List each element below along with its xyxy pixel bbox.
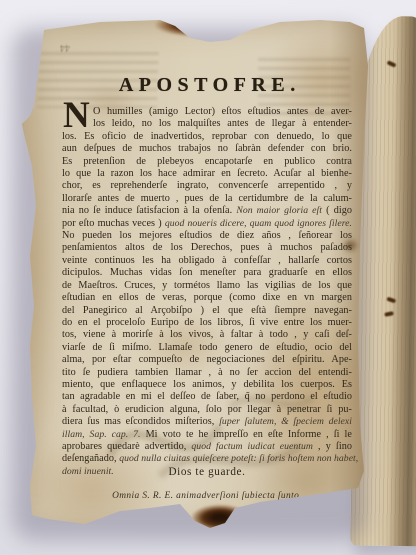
- photo-of-antique-book-page: 44 APOSTOFRE. N O humilles (amigo Lector…: [0, 0, 416, 555]
- drop-cap: N: [63, 101, 90, 131]
- body-line: nia no ſe induce ſatisfacion à la ofenſa…: [62, 205, 352, 217]
- body-line: chor, es reprehenderſe ingrato, convence…: [62, 180, 352, 192]
- body-line: lo que la razon los hace admirar en ſecr…: [62, 168, 352, 180]
- body-line: de Maeſtros. Cruces, y tormétos llamo la…: [62, 280, 352, 292]
- body-line: miento, que enflaquece los animos, y deb…: [62, 379, 352, 391]
- body-line: eſtudian en ellos de veras, porque (como…: [62, 292, 352, 304]
- body-line: deſengañado, quod nulla ciuitas quieſcer…: [62, 453, 352, 465]
- sewing-thread-icon: [386, 297, 396, 304]
- body-text: N O humilles (amigo Lector) eſtos eſtudi…: [62, 106, 352, 478]
- body-line: del Panegirico al Arçobiſpo ) el que eſt…: [62, 305, 352, 317]
- bleedthrough-page-number: 44: [60, 42, 70, 53]
- body-line: aprobares quedarè advertido, quod factum…: [62, 441, 352, 453]
- printed-text-block: APOSTOFRE. N O humilles (amigo Lector) e…: [62, 74, 352, 501]
- body-line: diera ſus mas eſcondidos miſterios, ſupe…: [62, 416, 352, 428]
- body-line: llorarſe antes de muerto , pues de la ce…: [62, 193, 352, 205]
- body-line: tan agradable en mi el deſſeo de ſaber, …: [62, 391, 352, 403]
- body-line: por eſto muchas veces ) quod noueris dic…: [62, 218, 352, 230]
- body-line: tos, viene à morirſe à los vivos, à falt…: [62, 329, 352, 341]
- book-page: 44 APOSTOFRE. N O humilles (amigo Lector…: [20, 16, 372, 536]
- body-line: Es pretenſion de plebeyos encapotarſe en…: [62, 156, 352, 168]
- body-line: No pueden los mejores eſtudios de diez a…: [62, 230, 352, 242]
- body-line: aun deſpues de muchos trabajos no ſabràn…: [62, 143, 352, 155]
- sewing-thread-icon: [384, 311, 394, 317]
- body-line: do en el proceloſo Euripo de los libros,…: [62, 317, 352, 329]
- signoff-row: domi inuenit. Dios te guarde.: [62, 466, 352, 478]
- body-line: los leido, no los malquiſtes antes de ll…: [62, 118, 352, 130]
- signoff: Dios te guarde.: [62, 466, 352, 478]
- body-line: penſamientos altos de los Derechos, pues…: [62, 242, 352, 254]
- body-line: veinte continuos les ha obligado à confe…: [62, 255, 352, 267]
- body-line: à facultad, ò erudicion alguna, ſolo por…: [62, 404, 352, 416]
- body-lines: O humilles (amigo Lector) eſtos eſtudios…: [62, 106, 352, 466]
- body-line: alma, por eſtar compueſto de negociacion…: [62, 354, 352, 366]
- body-line: illam, Sap. cap. 7. Mi voto te he impreſ…: [62, 429, 352, 441]
- body-line: los. Es oficio de inadvertidos, reprobar…: [62, 131, 352, 143]
- body-line: O humilles (amigo Lector) eſtos eſtudios…: [62, 106, 352, 118]
- page-title: APOSTOFRE.: [62, 74, 352, 97]
- sewing-thread-icon: [387, 60, 397, 67]
- body-line: dicipulos. Muchas vidas ſon meneſter par…: [62, 267, 352, 279]
- body-line: tito ſe pudiera tambien llamar , à no ſe…: [62, 367, 352, 379]
- body-line: viarſe de ſi miſmo. Llamaſe todo genero …: [62, 342, 352, 354]
